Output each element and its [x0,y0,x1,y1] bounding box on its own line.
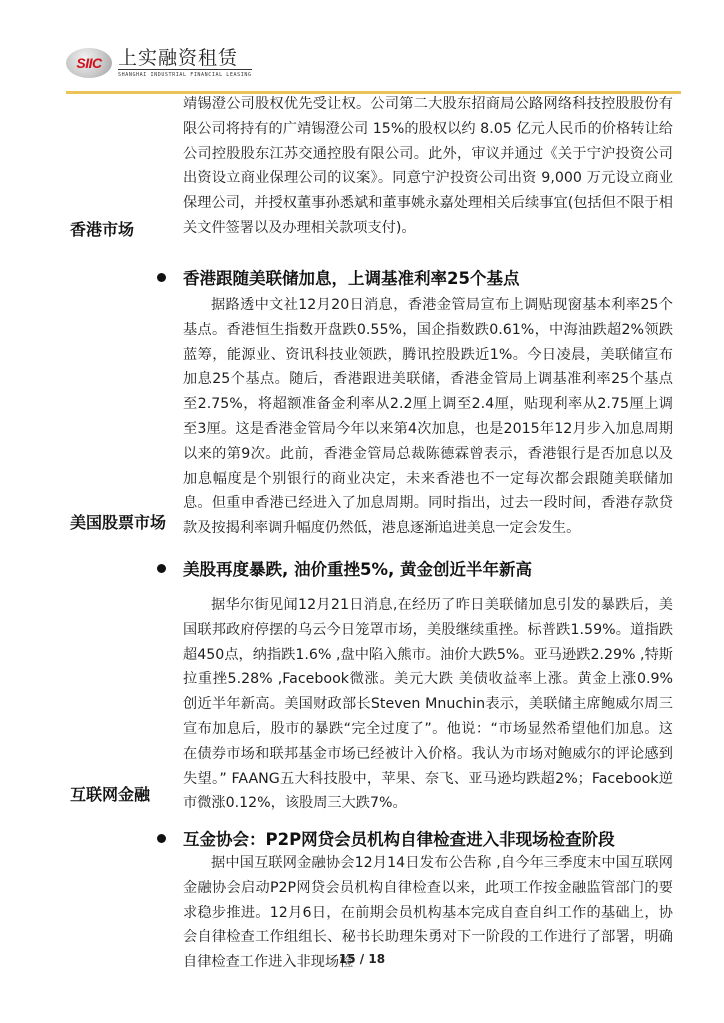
bullet-heading-text: 美股再度暴跌, 油价重挫5%, 黄金创近半年新高 [183,556,532,580]
bullet-heading-hk: 香港跟随美联储加息，上调基准利率25个基点 [183,265,519,289]
page-number: 15 / 18 [0,952,724,966]
bullet-heading-text: 互金协会：P2P网贷会员机构自律检查进入非现场检查阶段 [183,826,615,850]
company-header: SIIC 上实融资租赁 SHANGHAI INDUSTRIAL FINANCIA… [66,46,252,80]
section-title-us-stocks: 美国股票市场 [70,510,166,533]
logo-mark-text: SIIC [76,55,101,71]
bullet-heading-text: 香港跟随美联储加息，上调基准利率25个基点 [183,265,519,289]
bullet-heading-us: 美股再度暴跌, 油价重挫5%, 黄金创近半年新高 [183,556,532,580]
siic-logo-icon: SIIC [66,48,112,78]
us-stocks-body: 据华尔街见闻12月21日消息,在经历了昨日美联储加息引发的暴跌后，美国联邦政府停… [183,593,673,816]
company-name-cn: 上实融资租赁 [118,48,252,70]
bullet-icon [157,834,166,843]
company-name-en: SHANGHAI INDUSTRIAL FINANCIAL LEASING [118,72,252,78]
bullet-icon [157,273,166,282]
bullet-icon [157,564,166,573]
hk-market-body: 据路透中文社12月20日消息，香港金管局宣布上调贴现窗基本利率25个基点。香港恒… [183,293,673,541]
intro-paragraph: 靖锡澄公司股权优先受让权。公司第二大股东招商局公路网络科技控股股份有限公司将持有… [183,92,673,241]
section-title-internet-finance: 互联网金融 [70,782,150,805]
bullet-heading-internet-finance: 互金协会：P2P网贷会员机构自律检查进入非现场检查阶段 [183,826,615,850]
logo-text: 上实融资租赁 SHANGHAI INDUSTRIAL FINANCIAL LEA… [118,48,252,78]
section-title-hk-market: 香港市场 [70,217,134,240]
